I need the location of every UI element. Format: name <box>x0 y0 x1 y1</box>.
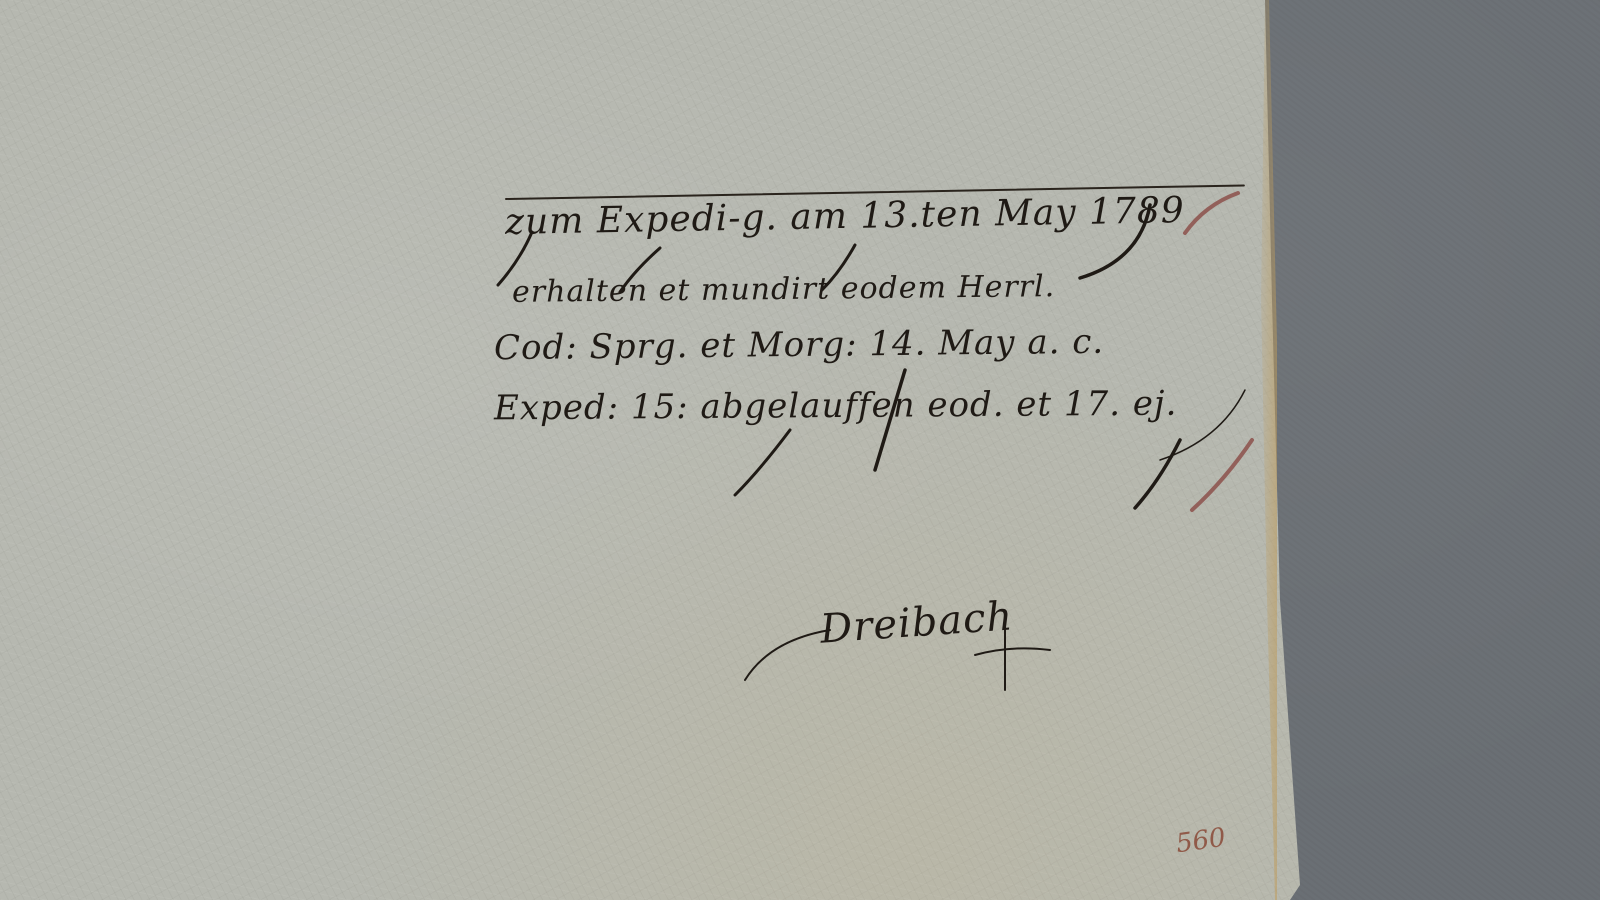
handwritten-line-4: Exped: 15: abgelauffen eod. et 17. ej. <box>494 384 1178 429</box>
handwritten-line-2: erhalten et mundirt eodem Herrl. <box>512 269 1056 310</box>
handwritten-line-3: Cod: Sprg. et Morg: 14. May a. c. <box>494 322 1104 368</box>
paper-sheet <box>0 0 1300 900</box>
